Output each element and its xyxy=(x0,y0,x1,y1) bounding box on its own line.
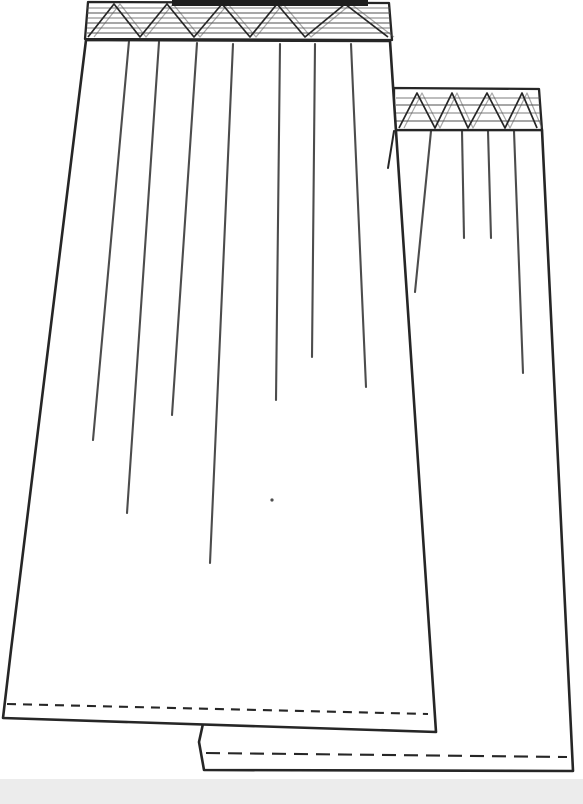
front-skirt xyxy=(3,0,436,732)
front-skirt-band-top-bar xyxy=(172,0,368,6)
skirt-flat-sketch xyxy=(0,0,583,804)
illustration-canvas xyxy=(0,0,583,804)
scan-speck xyxy=(270,498,273,501)
page-edge-strip xyxy=(0,779,583,804)
front-skirt-body-outline xyxy=(3,40,436,732)
